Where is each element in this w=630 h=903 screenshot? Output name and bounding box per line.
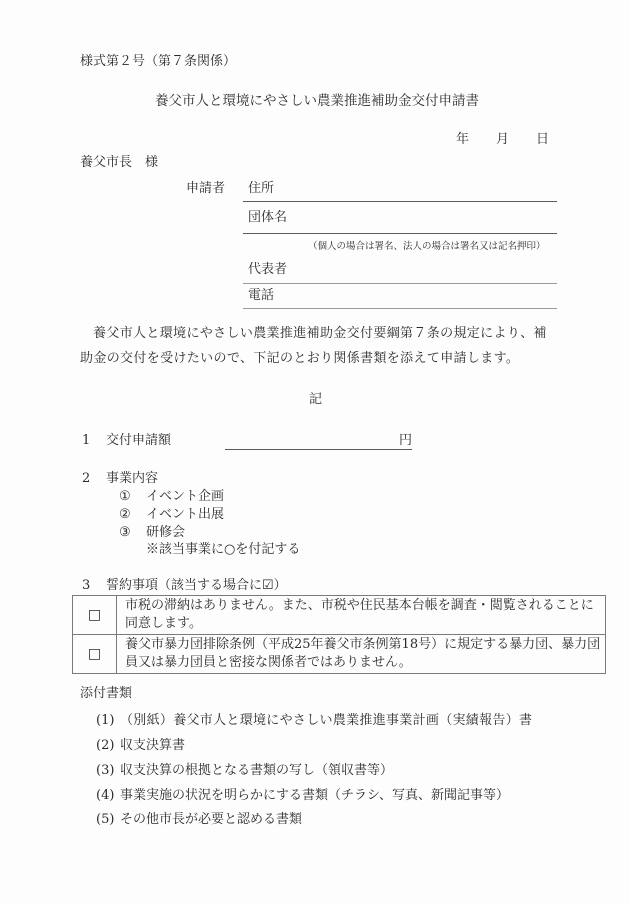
address-underline (243, 201, 557, 202)
business-item-label: イベント出展 (146, 507, 224, 523)
attachment-label: その他市長が必要と認める書類 (120, 812, 302, 828)
signature-note: （個人の場合は署名、法人の場合は署名又は記名押印） (308, 239, 546, 255)
form-number: 様式第２号（第７条関係） (80, 54, 236, 70)
document-title: 養父市人と環境にやさしい農業推進補助金交付申請書 (155, 93, 479, 109)
attachment-marker: (1) (96, 713, 114, 729)
pledge-checkbox-antigang[interactable]: □ (73, 635, 117, 674)
section-3-number: 3 (82, 578, 90, 594)
organization-label: 団体名 (248, 210, 287, 226)
pledge-checkbox-tax[interactable]: □ (73, 596, 117, 635)
ki-heading: 記 (309, 392, 322, 408)
attachment-label: 収支決算の根拠となる書類の写し（領収書等） (120, 763, 393, 779)
phone-label: 電話 (248, 288, 274, 304)
business-item-label: 研修会 (146, 525, 185, 541)
yen-unit: 円 (399, 433, 412, 449)
attachment-label: （別紙）養父市人と環境にやさしい農業推進事業計画（実績報告）書 (120, 713, 532, 729)
pledge-text-antigang: 養父市暴力団排除条例（平成25年養父市条例第18号）に規定する暴力団、暴力団員又… (117, 635, 606, 674)
attachments-title: 添付書類 (80, 686, 132, 702)
attachment-label: 事業実施の状況を明らかにする書類（チラシ、写真、新聞記事等） (120, 788, 509, 804)
representative-label: 代表者 (248, 262, 287, 278)
attachment-marker: (4) (96, 788, 114, 804)
business-item-label: イベント企画 (146, 489, 224, 505)
section-3-label: 誓約事項（該当する場合に☑） (106, 578, 287, 594)
amount-underline (225, 449, 412, 450)
organization-underline (243, 233, 557, 234)
business-item-marker: ③ (119, 525, 131, 541)
date-day-label: 日 (536, 132, 549, 148)
pledge-text-tax: 市税の滞納はありません。また、市税や住民基本台帳を調査・閲覧されることに同意しま… (117, 596, 606, 635)
attachment-marker: (3) (96, 763, 114, 779)
pledge-table: □ 市税の滞納はありません。また、市税や住民基本台帳を調査・閲覧されることに同意… (72, 595, 606, 674)
address-label: 住所 (248, 181, 274, 197)
representative-underline (243, 283, 557, 284)
attachment-marker: (2) (96, 738, 114, 754)
section-1-number: 1 (82, 433, 90, 449)
date-month-label: 月 (496, 132, 509, 148)
applicant-label: 申請者 (186, 181, 225, 197)
section-2-number: 2 (82, 471, 90, 487)
pledge-row: □ 市税の滞納はありません。また、市税や住民基本台帳を調査・閲覧されることに同意… (73, 596, 606, 635)
phone-underline (243, 308, 557, 309)
business-item-marker: ② (119, 507, 131, 523)
statement-line-2: 助金の交付を受けたいので、下記のとおり関係書類を添えて申請します。 (80, 351, 519, 367)
attachment-label: 収支決算書 (120, 738, 185, 754)
section-2-label: 事業内容 (106, 471, 158, 487)
date-year-label: 年 (456, 132, 469, 148)
pledge-row: □ 養父市暴力団排除条例（平成25年養父市条例第18号）に規定する暴力団、暴力団… (73, 635, 606, 674)
business-selection-note: ※該当事業に○を付記する (146, 542, 300, 558)
statement-line-1: 養父市人と環境にやさしい農業推進補助金交付要綱第７条の規定により、補 (93, 326, 547, 342)
addressee: 養父市長 様 (80, 155, 158, 171)
business-item-marker: ① (119, 489, 131, 505)
section-1-label: 交付申請額 (106, 433, 171, 449)
attachment-marker: (5) (96, 812, 114, 828)
